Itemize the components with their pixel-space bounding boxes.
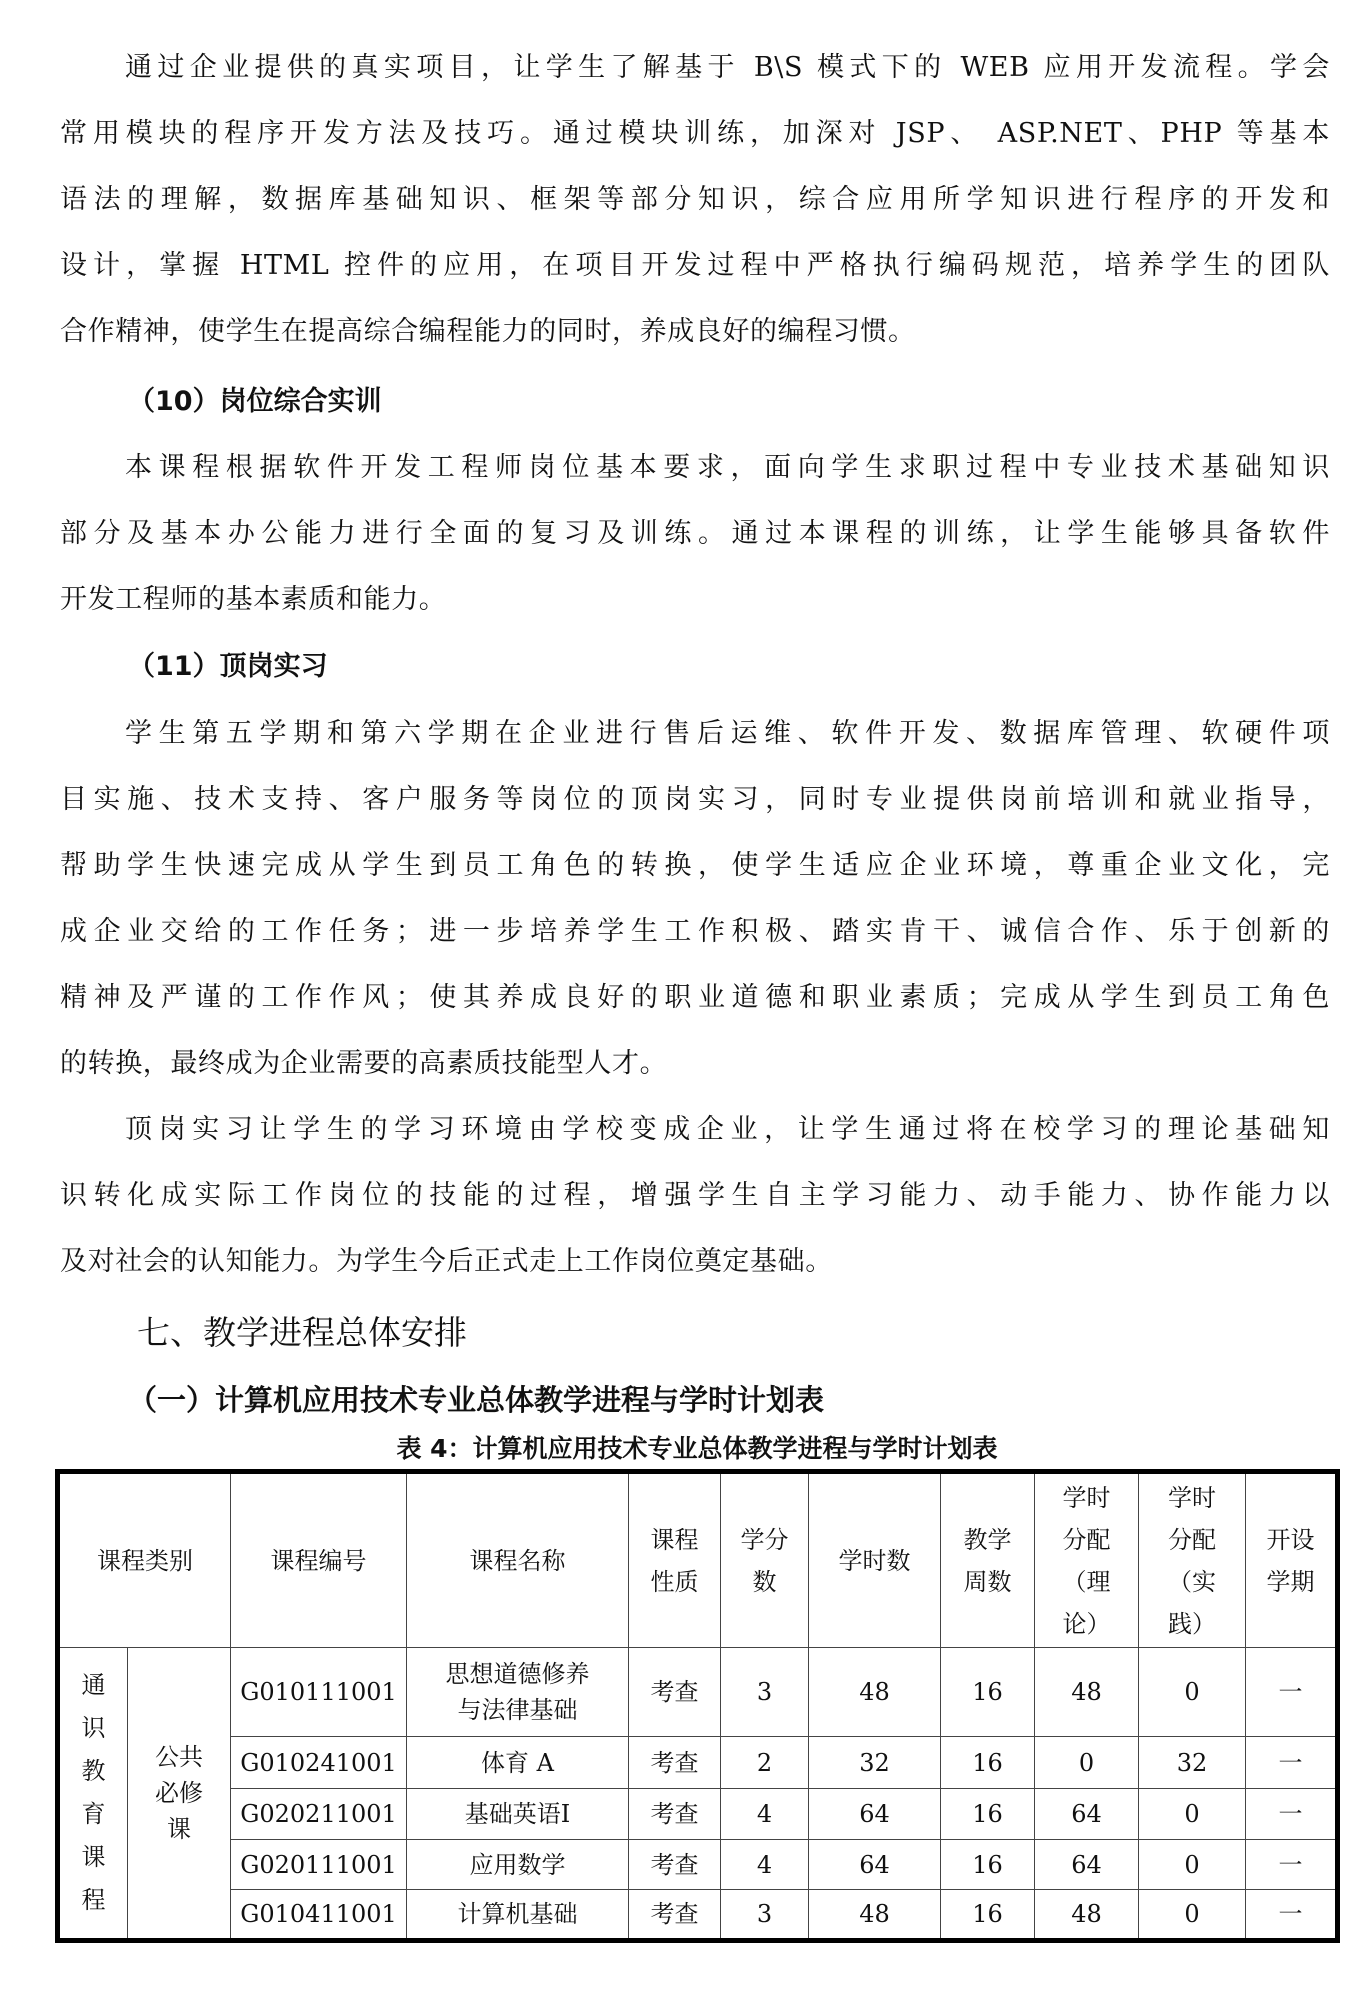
header-credits: 学分 数 [721, 1472, 809, 1648]
course-practice: 0 [1139, 1890, 1246, 1941]
course-weeks: 16 [941, 1737, 1035, 1789]
table-row: G010241001 体育 A 考查 2 32 16 0 32 一 [58, 1737, 1338, 1789]
course-weeks: 16 [941, 1789, 1035, 1840]
text-line: 开发工程师的基本素质和能力。 [60, 583, 1330, 617]
subsection-heading: （一）计算机应用技术专业总体教学进程与学时计划表 [128, 1382, 824, 1418]
header-nature: 课程 性质 [629, 1472, 721, 1648]
course-semester: 一 [1246, 1789, 1338, 1840]
course-code: G010411001 [231, 1890, 407, 1941]
course-hours: 32 [809, 1737, 941, 1789]
text-line: 精神及严谨的工作作风；使其养成良好的职业道德和职业素质；完成从学生到员工角色 [60, 981, 1330, 1015]
text-line: 设计，掌握 HTML 控件的应用，在项目开发过程中严格执行编码规范，培养学生的团… [60, 249, 1330, 283]
course-weeks: 16 [941, 1648, 1035, 1737]
course-name: 应用数学 [407, 1840, 629, 1890]
teaching-plan-table: 课程类别 课程编号 课程名称 课程 性质 学分 数 学时数 教学 周数 学时 分… [55, 1469, 1340, 1943]
course-weeks: 16 [941, 1890, 1035, 1941]
text-line: 常用模块的程序开发方法及技巧。通过模块训练，加深对 JSP、 ASP.NET、P… [60, 117, 1330, 151]
section-heading-11: （11）顶岗实习 [128, 650, 328, 684]
header-theory-hours: 学时 分配 （理 论） [1035, 1472, 1139, 1648]
course-theory: 0 [1035, 1737, 1139, 1789]
header-weeks: 教学 周数 [941, 1472, 1035, 1648]
course-code: G010241001 [231, 1737, 407, 1789]
text-line: 识转化成实际工作岗位的技能的过程，增强学生自主学习能力、动手能力、协作能力以 [60, 1179, 1330, 1213]
text-line: 语法的理解，数据库基础知识、框架等部分知识，综合应用所学知识进行程序的开发和 [60, 183, 1330, 217]
header-practice-hours: 学时 分配 （实 践） [1139, 1472, 1246, 1648]
course-name: 思想道德修养 与法律基础 [407, 1648, 629, 1737]
table-row: G020211001 基础英语Ⅰ 考查 4 64 16 64 0 一 [58, 1789, 1338, 1840]
course-practice: 0 [1139, 1789, 1246, 1840]
text-line: 学生第五学期和第六学期在企业进行售后运维、软件开发、数据库管理、软硬件项 [125, 717, 1330, 751]
course-hours: 64 [809, 1789, 941, 1840]
course-nature: 考查 [629, 1840, 721, 1890]
course-nature: 考查 [629, 1737, 721, 1789]
table-row: 通 识 教 育 课 程 公共 必修 课 G010111001 思想道德修养 与法… [58, 1648, 1338, 1737]
course-semester: 一 [1246, 1737, 1338, 1789]
header-category: 课程类别 [58, 1472, 231, 1648]
text-line: 的转换，最终成为企业需要的高素质技能型人才。 [60, 1047, 1330, 1081]
text-line: 帮助学生快速完成从学生到员工角色的转换，使学生适应企业环境，尊重企业文化，完 [60, 849, 1330, 883]
text-line: 成企业交给的工作任务；进一步培养学生工作积极、踏实肯干、诚信合作、乐于创新的 [60, 915, 1330, 949]
course-practice: 32 [1139, 1737, 1246, 1789]
text-line: 通过企业提供的真实项目，让学生了解基于 B\S 模式下的 WEB 应用开发流程。… [125, 51, 1330, 85]
course-hours: 64 [809, 1840, 941, 1890]
course-weeks: 16 [941, 1840, 1035, 1890]
table-header-row: 课程类别 课程编号 课程名称 课程 性质 学分 数 学时数 教学 周数 学时 分… [58, 1472, 1338, 1648]
text-line: 顶岗实习让学生的学习环境由学校变成企业，让学生通过将在校学习的理论基础知 [125, 1113, 1330, 1147]
course-credits: 2 [721, 1737, 809, 1789]
table-row: G020111001 应用数学 考查 4 64 16 64 0 一 [58, 1840, 1338, 1890]
text-line: 合作精神，使学生在提高综合编程能力的同时，养成良好的编程习惯。 [60, 315, 1330, 349]
course-theory: 48 [1035, 1648, 1139, 1737]
course-hours: 48 [809, 1648, 941, 1737]
course-theory: 64 [1035, 1840, 1139, 1890]
category-cell: 通 识 教 育 课 程 [58, 1648, 128, 1941]
course-hours: 48 [809, 1890, 941, 1941]
header-semester: 开设 学期 [1246, 1472, 1338, 1648]
course-name: 基础英语Ⅰ [407, 1789, 629, 1840]
text-line: 本课程根据软件开发工程师岗位基本要求，面向学生求职过程中专业技术基础知识 [125, 451, 1330, 485]
course-credits: 3 [721, 1648, 809, 1737]
course-name: 体育 A [407, 1737, 629, 1789]
course-nature: 考查 [629, 1648, 721, 1737]
course-practice: 0 [1139, 1840, 1246, 1890]
course-credits: 4 [721, 1789, 809, 1840]
course-theory: 48 [1035, 1890, 1139, 1941]
header-name: 课程名称 [407, 1472, 629, 1648]
subcategory-cell: 公共 必修 课 [128, 1648, 231, 1941]
course-nature: 考查 [629, 1890, 721, 1941]
table-row: G010411001 计算机基础 考查 3 48 16 48 0 一 [58, 1890, 1338, 1941]
course-semester: 一 [1246, 1840, 1338, 1890]
course-nature: 考查 [629, 1789, 721, 1840]
header-code: 课程编号 [231, 1472, 407, 1648]
table-caption: 表 4：计算机应用技术专业总体教学进程与学时计划表 [57, 1433, 1337, 1465]
section-heading-10: （10）岗位综合实训 [128, 385, 382, 419]
text-line: 部分及基本办公能力进行全面的复习及训练。通过本课程的训练，让学生能够具备软件 [60, 517, 1330, 551]
course-theory: 64 [1035, 1789, 1139, 1840]
course-code: G020111001 [231, 1840, 407, 1890]
course-name: 计算机基础 [407, 1890, 629, 1941]
course-practice: 0 [1139, 1648, 1246, 1737]
course-semester: 一 [1246, 1890, 1338, 1941]
course-code: G010111001 [231, 1648, 407, 1737]
course-credits: 4 [721, 1840, 809, 1890]
text-line: 及对社会的认知能力。为学生今后正式走上工作岗位奠定基础。 [60, 1245, 1330, 1279]
course-code: G020211001 [231, 1789, 407, 1840]
course-semester: 一 [1246, 1648, 1338, 1737]
header-hours: 学时数 [809, 1472, 941, 1648]
chapter-heading: 七、教学进程总体安排 [137, 1313, 467, 1353]
text-line: 目实施、技术支持、客户服务等岗位的顶岗实习，同时专业提供岗前培训和就业指导， [60, 783, 1330, 817]
course-credits: 3 [721, 1890, 809, 1941]
